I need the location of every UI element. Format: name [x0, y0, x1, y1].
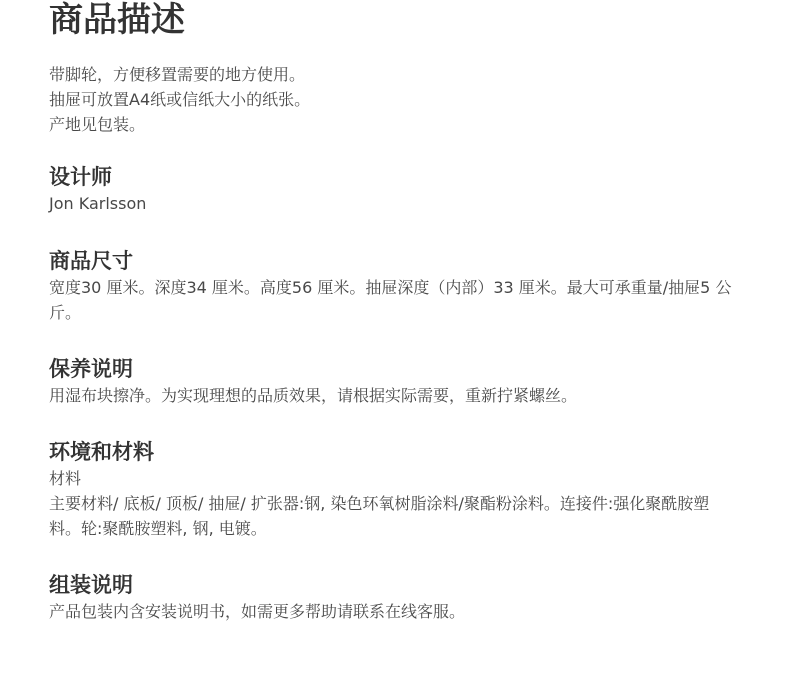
care-heading: 保养说明	[49, 355, 749, 383]
designer-heading: 设计师	[49, 163, 749, 191]
care-section: 保养说明 用湿布块擦净。为实现理想的品质效果，请根据实际需要，重新拧紧螺丝。	[49, 355, 749, 408]
environment-section: 环境和材料 材料 主要材料/ 底板/ 顶板/ 抽屉/ 扩张器:钢, 染色环氧树脂…	[49, 438, 749, 541]
assembly-text: 产品包装内含安装说明书，如需更多帮助请联系在线客服。	[49, 599, 749, 624]
designer-name: Jon Karlsson	[49, 191, 749, 216]
description-line: 产地见包装。	[49, 112, 749, 137]
materials-subheading: 材料	[49, 466, 749, 491]
dimensions-section: 商品尺寸 宽度30 厘米。深度34 厘米。高度56 厘米。抽屉深度（内部）33 …	[49, 247, 749, 325]
dimensions-heading: 商品尺寸	[49, 247, 749, 275]
product-description: 带脚轮，方便移置需要的地方使用。 抽屉可放置A4纸或信纸大小的纸张。 产地见包装…	[49, 62, 749, 137]
care-text: 用湿布块擦净。为实现理想的品质效果，请根据实际需要，重新拧紧螺丝。	[49, 383, 749, 408]
assembly-heading: 组装说明	[49, 571, 749, 599]
materials-text: 主要材料/ 底板/ 顶板/ 抽屉/ 扩张器:钢, 染色环氧树脂涂料/聚酯粉涂料。…	[49, 491, 739, 541]
assembly-section: 组装说明 产品包装内含安装说明书，如需更多帮助请联系在线客服。	[49, 571, 749, 624]
environment-heading: 环境和材料	[49, 438, 749, 466]
description-line: 抽屉可放置A4纸或信纸大小的纸张。	[49, 87, 749, 112]
description-line: 带脚轮，方便移置需要的地方使用。	[49, 62, 749, 87]
page-title: 商品描述	[49, 0, 185, 40]
designer-section: 设计师 Jon Karlsson	[49, 163, 749, 216]
dimensions-text: 宽度30 厘米。深度34 厘米。高度56 厘米。抽屉深度（内部）33 厘米。最大…	[49, 275, 739, 325]
